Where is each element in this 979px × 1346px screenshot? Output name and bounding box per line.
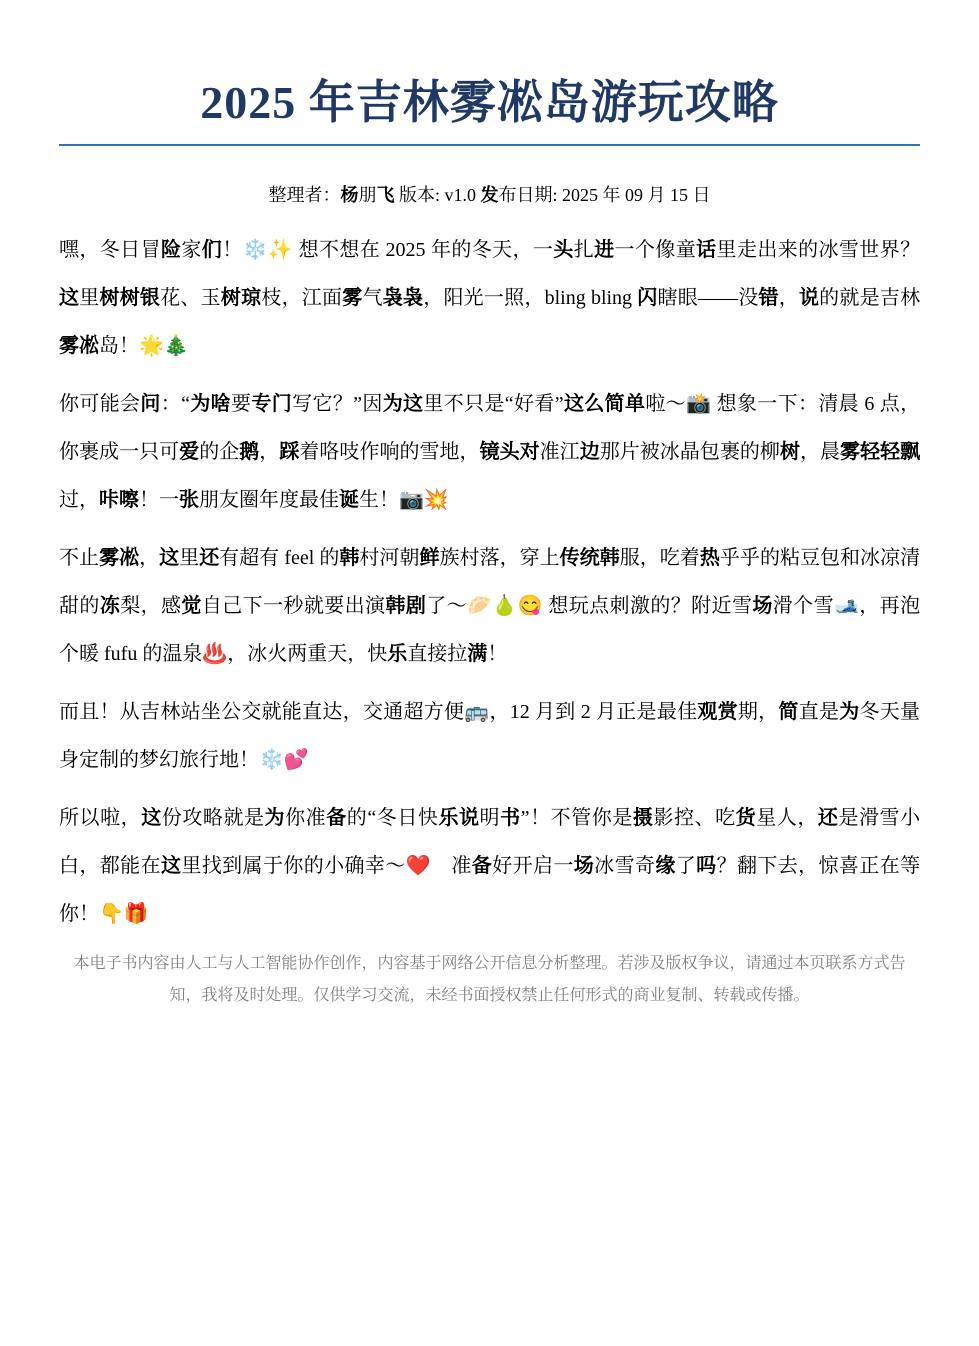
text-run: 准江 (540, 441, 580, 463)
text-run: 直接拉 (407, 643, 467, 665)
bold-text-run: 备 (326, 807, 347, 829)
text-run: 着咯吱作响的雪地， (299, 441, 479, 463)
bold-text-run: 货 (736, 807, 757, 829)
text-run: 版本: v1.0 (394, 185, 480, 205)
bold-text-run: 冻 (100, 595, 120, 617)
bold-text-run: 雾凇 (59, 335, 99, 357)
bold-text-run: 简 (778, 701, 798, 723)
bold-text-run: 树琼 (221, 287, 261, 309)
bold-text-run: 热 (700, 547, 720, 569)
text-run: ”！不管你是 (521, 807, 633, 829)
text-run: 族村落，穿上 (440, 547, 560, 569)
bold-text-run: 问 (140, 393, 160, 415)
bold-text-run: 诞 (339, 489, 359, 511)
bold-text-run: 踩 (279, 441, 299, 463)
bold-text-run: 这 (141, 807, 162, 829)
bold-text-run: 专门 (251, 393, 292, 415)
paragraph: 你可能会问：“为啥要专门写它？”因为这里不只是“好看”这么简单啦～📸 想象一下：… (59, 380, 920, 524)
text-run: ， (779, 287, 799, 309)
bold-text-run: 雾轻轻飘 (840, 441, 920, 463)
text-run: 你可能会 (59, 393, 140, 415)
page-title: 2025 年吉林雾凇岛游玩攻略 (59, 66, 920, 132)
bold-text-run: 为啥 (190, 393, 231, 415)
text-run: 里 (79, 287, 99, 309)
text-run: ！一 (139, 489, 179, 511)
bold-text-run: 这么简单 (564, 393, 646, 415)
bold-text-run: 为 (839, 701, 859, 723)
text-run: 的就是吉林 (819, 287, 920, 309)
text-run: ，晨 (800, 441, 840, 463)
bold-text-run: 鹅 (239, 441, 259, 463)
bold-text-run: 觉 (181, 595, 201, 617)
text-run: 一个像童 (615, 239, 697, 261)
text-run: 那片被冰晶包裹的柳 (600, 441, 780, 463)
text-run: 写它？”因 (292, 393, 383, 415)
paragraph: 不止雾凇，这里还有超有 feel 的韩村河朝鲜族村落，穿上传统韩服，吃着热乎乎的… (59, 534, 920, 678)
document-body: 嘿，冬日冒险家们！❄️✨ 想不想在 2025 年的冬天，一头扎进一个像童话里走出… (59, 226, 920, 938)
text-run: 有超有 feel 的 (219, 547, 339, 569)
text-run: 份攻略就是 (162, 807, 265, 829)
text-run: 服，吃着 (620, 547, 700, 569)
bold-text-run: 传统韩 (560, 547, 620, 569)
bold-text-run: 进 (594, 239, 614, 261)
bold-text-run: 错 (758, 287, 778, 309)
bold-text-run: 这 (159, 547, 179, 569)
meta-line: 整理者：杨朋飞 版本: v1.0 发布日期: 2025 年 09 月 15 日 (59, 182, 920, 208)
bold-text-run: 雾凇 (99, 547, 139, 569)
bold-text-run: 韩剧 (385, 595, 426, 617)
text-run: 瞎眼——没 (658, 287, 759, 309)
bold-text-run: 闪 (637, 287, 657, 309)
bold-text-run: 乐说 (438, 807, 479, 829)
bold-text-run: 还 (818, 807, 839, 829)
text-run: 花、玉 (160, 287, 221, 309)
bold-text-run: 鲜 (419, 547, 439, 569)
bold-text-run: 场 (752, 595, 772, 617)
text-run: 里走出来的冰雪世界？ (717, 239, 921, 261)
text-run: 好开启一 (492, 855, 574, 877)
bold-text-run: 还 (199, 547, 219, 569)
text-run: 的企 (199, 441, 239, 463)
title-divider (59, 144, 920, 146)
text-run: 布日期: 2025 年 09 月 15 日 (499, 185, 711, 205)
text-run: 生！📷💥 (359, 489, 449, 511)
text-run: 冰雪奇 (594, 855, 655, 877)
bold-text-run: 镜头对 (480, 441, 540, 463)
text-run: ！❄️✨ 想不想在 2025 年的冬天，一 (222, 239, 553, 261)
text-run: 所以啦， (59, 807, 141, 829)
bold-text-run: 吗 (696, 855, 716, 877)
text-run: 过， (59, 489, 99, 511)
bold-text-run: 话 (696, 239, 716, 261)
bold-text-run: 缘 (655, 855, 675, 877)
paragraph: 所以啦，这份攻略就是为你准备的“冬日快乐说明书”！不管你是摄影控、吃货星人，还是… (59, 794, 920, 938)
text-run: 自己下一秒就要出演 (202, 595, 386, 617)
bold-text-run: 爱 (179, 441, 199, 463)
text-run: 朋友圈年度最佳 (199, 489, 339, 511)
text-run: 里 (179, 547, 199, 569)
bold-text-run: 乐 (387, 643, 407, 665)
bold-text-run: 这 (161, 855, 181, 877)
bold-text-run: 观赏 (697, 701, 738, 723)
bold-text-run: 场 (574, 855, 594, 877)
text-run: 明 (480, 807, 501, 829)
text-run: 整理者： (268, 185, 340, 205)
text-run: 的“冬日快 (347, 807, 439, 829)
bold-text-run: 边 (580, 441, 600, 463)
paragraph: 嘿，冬日冒险家们！❄️✨ 想不想在 2025 年的冬天，一头扎进一个像童话里走出… (59, 226, 920, 370)
text-run: 星人， (756, 807, 818, 829)
bold-text-run: 张 (179, 489, 199, 511)
bold-text-run: 满 (467, 643, 487, 665)
bold-text-run: 头 (553, 239, 573, 261)
bold-text-run: 说 (799, 287, 819, 309)
bold-text-run: 韩 (339, 547, 359, 569)
text-run: 期， (738, 701, 779, 723)
text-run: 嘿，冬日冒 (59, 239, 161, 261)
text-run: ， (259, 441, 279, 463)
bold-text-run: 险 (161, 239, 181, 261)
bold-text-run: 雾 (342, 287, 362, 309)
bold-text-run: 为这 (383, 393, 424, 415)
bold-text-run: 摄 (633, 807, 654, 829)
document-page: 2025 年吉林雾凇岛游玩攻略 整理者：杨朋飞 版本: v1.0 发布日期: 2… (0, 0, 979, 1012)
bold-text-run: 飞 (376, 185, 394, 205)
text-run: 村河朝 (359, 547, 419, 569)
text-run: 了～🥟🍐😋 想玩点刺激的？附近雪 (426, 595, 752, 617)
disclaimer-text: 本电子书内容由人工与人工智能协作创作，内容基于网络公开信息分析整理。若涉及版权争… (59, 948, 920, 1012)
bold-text-run: 发 (481, 185, 499, 205)
bold-text-run: 杨 (340, 185, 358, 205)
bold-text-run: 这 (59, 287, 79, 309)
text-run: 家 (181, 239, 201, 261)
text-run: 而且！从吉林站坐公交就能直达，交通超方便🚌，12 月到 2 月正是最佳 (59, 701, 697, 723)
text-run: 你准 (285, 807, 326, 829)
text-run: 岛！🌟🎄 (99, 335, 189, 357)
bold-text-run: 书 (500, 807, 521, 829)
bold-text-run: 咔嚓 (99, 489, 139, 511)
text-run: 扎 (574, 239, 594, 261)
bold-text-run: 树 (780, 441, 800, 463)
bold-text-run: 袅袅 (383, 287, 423, 309)
text-run: ， (139, 547, 159, 569)
text-run: ：“ (161, 393, 190, 415)
text-run: 枝，江面 (261, 287, 342, 309)
bold-text-run: 备 (472, 855, 492, 877)
bold-text-run: 们 (202, 239, 222, 261)
bold-text-run: 树树银 (99, 287, 160, 309)
text-run: 不止 (59, 547, 99, 569)
text-run: 气 (363, 287, 383, 309)
text-run: 梨，感 (120, 595, 181, 617)
text-run: 直是 (799, 701, 840, 723)
text-run: ！ (487, 643, 507, 665)
text-run: ，阳光一照，bling bling (423, 287, 637, 309)
text-run: 了 (676, 855, 696, 877)
text-run: 影控、吃 (653, 807, 735, 829)
text-run: 里不只是“好看” (423, 393, 563, 415)
bold-text-run: 为 (265, 807, 286, 829)
text-run: 里找到属于你的小确幸～❤️ 准 (181, 855, 471, 877)
paragraph: 而且！从吉林站坐公交就能直达，交通超方便🚌，12 月到 2 月正是最佳观赏期，简… (59, 688, 920, 784)
text-run: 要 (231, 393, 251, 415)
text-run: 朋 (358, 185, 376, 205)
